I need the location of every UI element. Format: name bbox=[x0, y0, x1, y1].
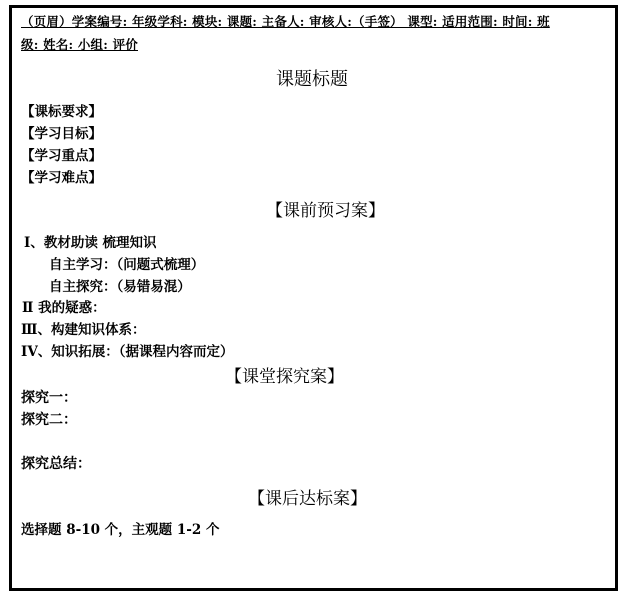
preview-heading: 【课前预习案】 bbox=[266, 196, 385, 221]
explore-two: 探究二： bbox=[21, 409, 77, 429]
preview-item-1: Ⅰ、教材助读 梳理知识 bbox=[24, 231, 157, 251]
header-line-1: （页眉）学案编号: 年级学科: 模块: 课题: 主备人: 审核人:（手签） 课型… bbox=[21, 12, 550, 30]
classroom-heading: 【课堂探究案】 bbox=[225, 362, 344, 387]
preview-item-5: Ⅲ、构建知识体系： bbox=[21, 318, 145, 338]
preview-item-3: 自主探究：（易错易混） bbox=[49, 275, 191, 295]
explore-summary: 探究总结： bbox=[21, 453, 91, 473]
preview-item-2: 自主学习：（问题式梳理） bbox=[49, 253, 204, 273]
page-title: 课题标题 bbox=[0, 65, 624, 91]
req-objectives: 【学习目标】 bbox=[21, 122, 102, 142]
explore-one: 探究一： bbox=[21, 387, 77, 407]
after-class-heading: 【课后达标案】 bbox=[248, 484, 367, 509]
after-class-text: 选择题 8-10 个，主观题 1-2 个 bbox=[21, 518, 219, 538]
req-difficulties: 【学习难点】 bbox=[21, 166, 102, 186]
preview-item-4: Ⅱ 我的疑惑： bbox=[22, 296, 106, 316]
header-line-2: 级: 姓名: 小组: 评价 bbox=[21, 35, 138, 53]
preview-item-6: IV、知识拓展：（据课程内容而定） bbox=[21, 340, 234, 360]
req-curriculum: 【课标要求】 bbox=[21, 100, 102, 120]
req-key-points: 【学习重点】 bbox=[21, 144, 102, 164]
